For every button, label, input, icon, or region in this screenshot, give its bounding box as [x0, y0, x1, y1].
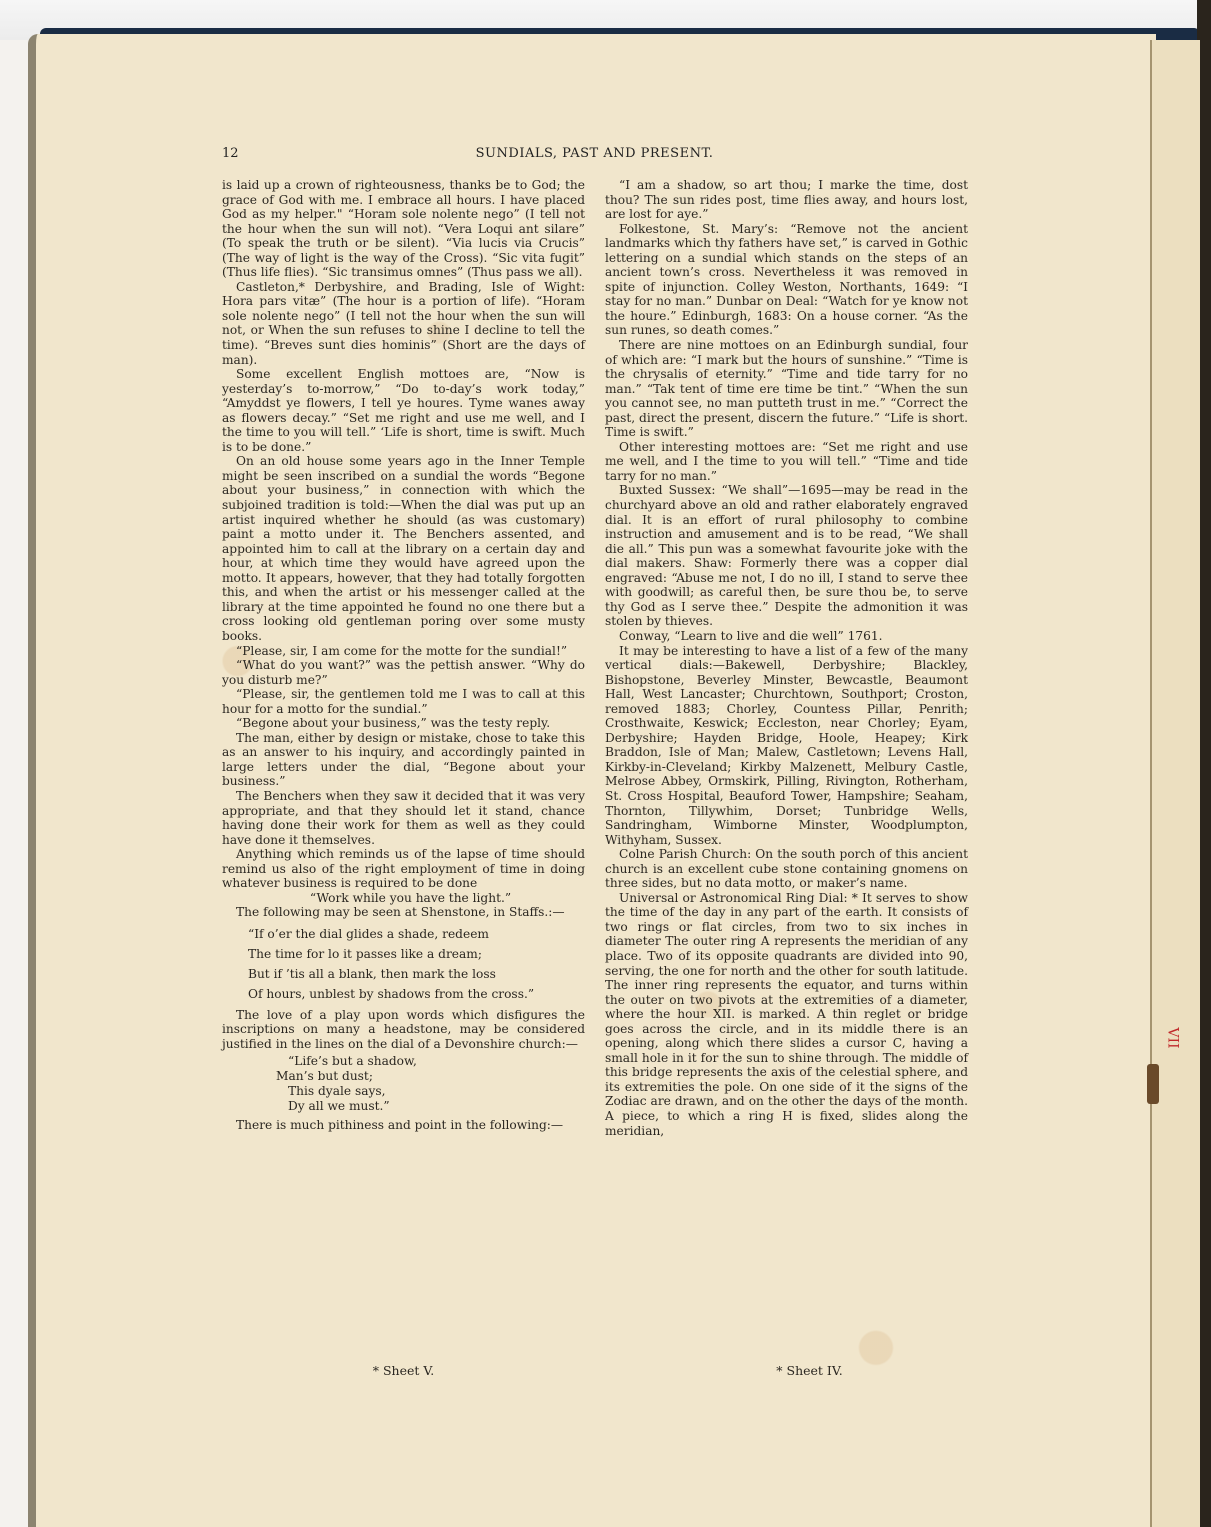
paragraph: Buxted Sussex: “We shall”—1695—may be re… [605, 483, 968, 628]
running-title: SUNDIALS, PAST AND PRESENT. [222, 146, 967, 161]
paragraph: “What do you want?” was the pettish answ… [222, 658, 585, 687]
verse-devonshire: “Life’s but a shadow, Man’s but dust; Th… [288, 1054, 585, 1114]
paragraph: “I am a shadow, so art thou; I marke the… [605, 178, 968, 222]
verse-line: Man’s but dust; [276, 1069, 585, 1084]
verse-line: “Life’s but a shadow, [288, 1054, 585, 1069]
paragraph: Other interesting mottoes are: “Set me r… [605, 440, 968, 484]
paragraph: Castleton,* Derbyshire, and Brading, Isl… [222, 280, 585, 367]
paragraph: It may be interesting to have a list of … [605, 644, 968, 848]
running-header: 12 SUNDIALS, PAST AND PRESENT. [222, 146, 967, 166]
verse-shenstone: “If o’er the dial glides a shade, redeem… [248, 924, 585, 1004]
paragraph: There are nine mottoes on an Edinburgh s… [605, 338, 968, 440]
verse-line: This dyale says, [288, 1084, 585, 1099]
verse-line: Dy all we must.” [288, 1099, 585, 1114]
left-column: is laid up a crown of righteousness, tha… [222, 178, 585, 1132]
paragraph: Folkestone, St. Mary’s: “Remove not the … [605, 222, 968, 338]
paragraph: Universal or Astronomical Ring Dial: * I… [605, 891, 968, 1138]
book-page [28, 34, 1156, 1527]
footnote-left: * Sheet V. [222, 1363, 585, 1378]
page-gutter [1150, 40, 1200, 1527]
paragraph: Conway, “Learn to live and die well” 176… [605, 629, 968, 644]
paragraph: There is much pithiness and point in the… [222, 1118, 585, 1133]
paragraph: The following may be seen at Shenstone, … [222, 905, 585, 920]
paragraph: “Begone about your business,” was the te… [222, 716, 585, 731]
verse-line: “If o’er the dial glides a shade, redeem [248, 924, 585, 944]
verse-line: The time for lo it passes like a dream; [248, 944, 585, 964]
margin-mark: VII [1165, 1027, 1181, 1048]
paragraph: is laid up a crown of righteousness, tha… [222, 178, 585, 280]
right-column: “I am a shadow, so art thou; I marke the… [605, 178, 968, 1138]
paragraph: Some excellent English mottoes are, “Now… [222, 367, 585, 454]
binding-stain [1147, 1064, 1159, 1104]
paragraph: Colne Parish Church: On the south porch … [605, 847, 968, 891]
paragraph: “Please, sir, the gentlemen told me I wa… [222, 687, 585, 716]
paragraph: On an old house some years ago in the In… [222, 454, 585, 643]
verse-line: But if ’tis all a blank, then mark the l… [248, 964, 585, 984]
verse-line: Of hours, unblest by shadows from the cr… [248, 984, 585, 1004]
paragraph: “Please, sir, I am come for the motte fo… [222, 644, 585, 659]
footnote-right: * Sheet IV. [628, 1363, 991, 1378]
quote-line: “Work while you have the light.” [222, 891, 585, 906]
paragraph: Anything which reminds us of the lapse o… [222, 847, 585, 891]
paragraph: The man, either by design or mistake, ch… [222, 731, 585, 789]
paragraph: The love of a play upon words which disf… [222, 1008, 585, 1052]
paragraph: The Benchers when they saw it decided th… [222, 789, 585, 847]
